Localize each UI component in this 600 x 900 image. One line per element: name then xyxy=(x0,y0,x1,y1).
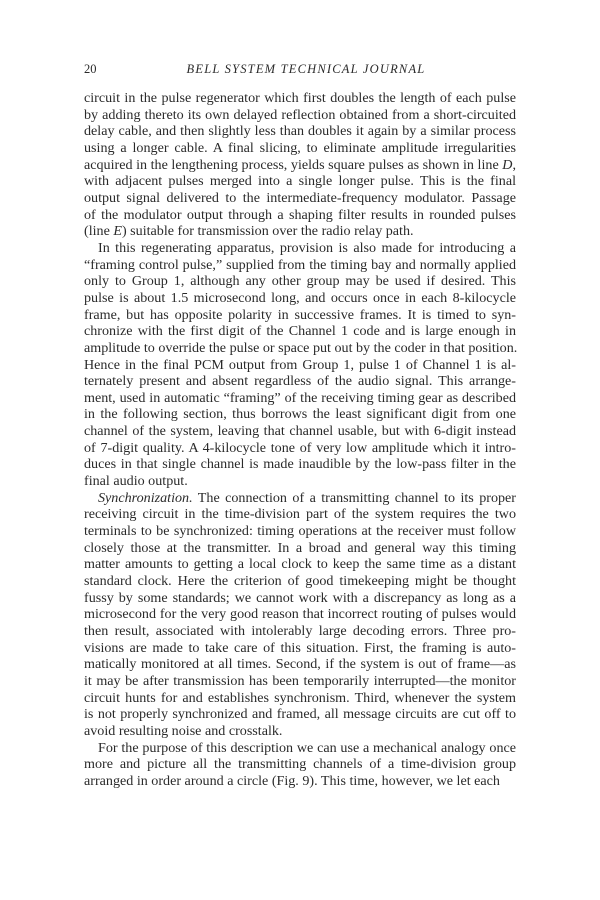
text-line: visions are made to take care of this si… xyxy=(84,640,516,657)
paragraph-framing-control-pulse: In this regenerating apparatus, provisio… xyxy=(84,240,516,490)
text-line: output signal delivered to the intermedi… xyxy=(84,190,516,207)
text-line: avoid resulting noise and crosstalk. xyxy=(84,723,516,740)
text-line: then result, associated with intolerably… xyxy=(84,623,516,640)
text-line: fussy by some standards; we cannot work … xyxy=(84,590,516,607)
run-in-heading: Synchronization. xyxy=(98,490,193,506)
journal-title: BELL SYSTEM TECHNICAL JOURNAL xyxy=(84,58,516,80)
text-line: duces in that single channel is made ina… xyxy=(84,456,516,473)
text-line: For the purpose of this description we c… xyxy=(84,740,516,757)
paragraph-mechanical-analogy: For the purpose of this description we c… xyxy=(84,740,516,790)
text-line: frame, but has opposite polarity in succ… xyxy=(84,307,516,324)
text-line: with adjacent pulses merged into a singl… xyxy=(84,173,516,190)
text-line: channel of the system, leaving that chan… xyxy=(84,423,516,440)
text-line: is not properly synchronized and framed,… xyxy=(84,706,516,723)
text-line: of the modulator output through a shapin… xyxy=(84,207,516,224)
journal-page: 20 BELL SYSTEM TECHNICAL JOURNAL circuit… xyxy=(84,58,516,790)
text-line: pulse is about 1.5 microsecond long, and… xyxy=(84,290,516,307)
text-line: circuit hunts for and establishes synchr… xyxy=(84,690,516,707)
text-line: receiving circuit in the time-division p… xyxy=(84,506,516,523)
text-line: by adding thereto its own delayed reflec… xyxy=(84,107,516,124)
text-line: (line E) suitable for transmission over … xyxy=(84,223,516,240)
paragraph-regenerator: circuit in the pulse regenerator which f… xyxy=(84,90,516,240)
text-line: more and picture all the transmitting ch… xyxy=(84,756,516,773)
text-line: closely those at the transmitter. In a b… xyxy=(84,540,516,557)
text-line: Hence in the final PCM output from Group… xyxy=(84,357,516,374)
text-line: of 7-digit quality. A 4-kilocycle tone o… xyxy=(84,440,516,457)
text-line: Synchronization. The connection of a tra… xyxy=(84,490,516,507)
text-line: matter amounts to getting a local clock … xyxy=(84,556,516,573)
text-line: In this regenerating apparatus, provisio… xyxy=(84,240,516,257)
article-body: circuit in the pulse regenerator which f… xyxy=(84,90,516,790)
text-line: it may be after transmission has been te… xyxy=(84,673,516,690)
text-line: microsecond for the very good reason tha… xyxy=(84,606,516,623)
text-line: delay cable, and then slightly less than… xyxy=(84,123,516,140)
italic-line-label: E xyxy=(113,223,122,239)
text-line: standard clock. Here the criterion of go… xyxy=(84,573,516,590)
text-line: acquired in the lengthening process, yie… xyxy=(84,157,516,174)
text-line: chronize with the first digit of the Cha… xyxy=(84,323,516,340)
text-line: amplitude to override the pulse or space… xyxy=(84,340,516,357)
running-head: 20 BELL SYSTEM TECHNICAL JOURNAL xyxy=(84,58,516,80)
text-line: matically monitored at all times. Second… xyxy=(84,656,516,673)
text-line: terminals to be synchronized: timing ope… xyxy=(84,523,516,540)
text-line: ment, used in automatic “framing” of the… xyxy=(84,390,516,407)
paragraph-synchronization: Synchronization. The connection of a tra… xyxy=(84,490,516,740)
text-line: “framing control pulse,” supplied from t… xyxy=(84,257,516,274)
text-line: final audio output. xyxy=(84,473,516,490)
italic-line-label: D xyxy=(502,157,512,173)
text-line: circuit in the pulse regenerator which f… xyxy=(84,90,516,107)
text-line: using a longer cable. A final slicing, t… xyxy=(84,140,516,157)
text-line: arranged in order around a circle (Fig. … xyxy=(84,773,516,790)
text-line: only to Group 1, although any other grou… xyxy=(84,273,516,290)
text-line: ternately present and absent regardless … xyxy=(84,373,516,390)
text-line: in the following section, thus borrows t… xyxy=(84,406,516,423)
